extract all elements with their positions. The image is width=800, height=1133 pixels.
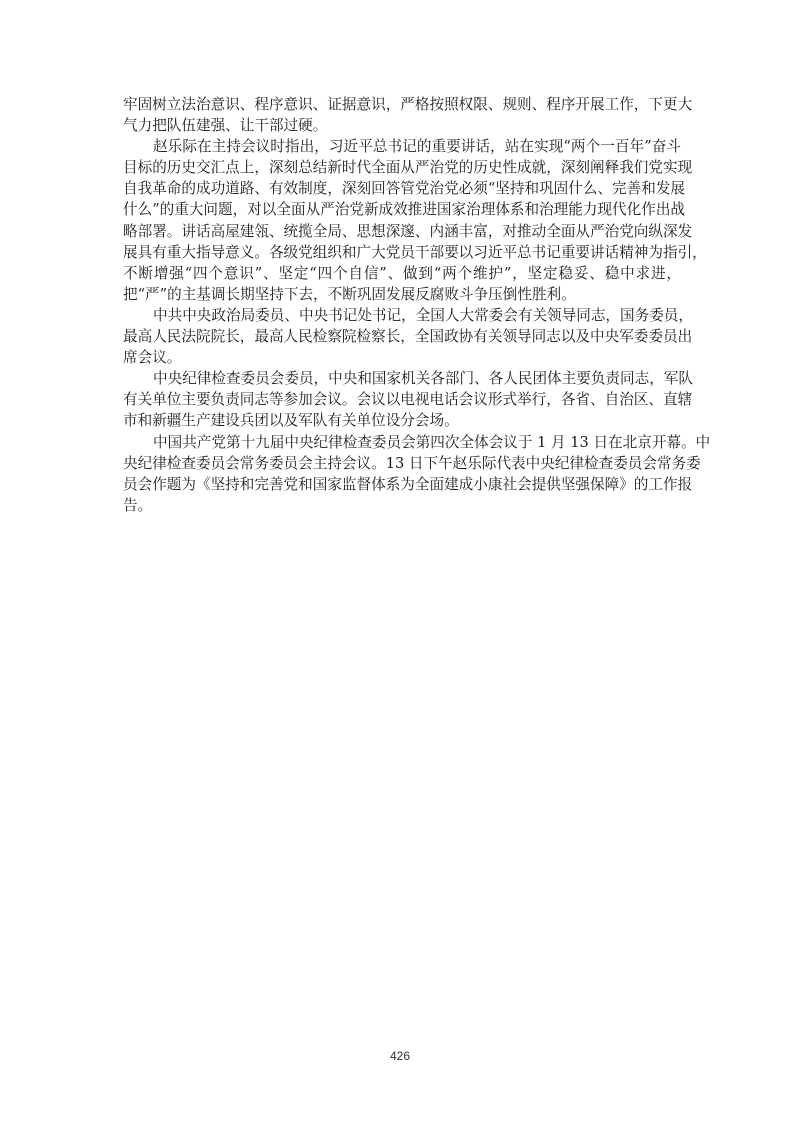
text-line: 中国共产党第十九届中央纪律检查委员会第四次全体会议于 1 月 13 日在北京开幕… <box>123 432 681 453</box>
paragraph-3: 中共中央政治局委员、中央书记处书记，全国人大常委会有关领导同志，国务委员， 最高… <box>123 305 681 368</box>
text-line: 自我革命的成功道路、有效制度，深刻回答管党治党必须“坚持和巩固什么、完善和发展 <box>123 178 681 199</box>
text-line: 市和新疆生产建设兵团以及军队有关单位设分会场。 <box>123 410 681 431</box>
text-line: 告。 <box>123 495 681 516</box>
text-line: 牢固树立法治意识、程序意识、证据意识，严格按照权限、规则、程序开展工作，下更大 <box>123 94 681 115</box>
text-line: 席会议。 <box>123 347 681 368</box>
text-line: 有关单位主要负责同志等参加会议。会议以电视电话会议形式举行，各省、自治区、直辖 <box>123 389 681 410</box>
text-line: 把“严”的主基调长期坚持下去，不断巩固发展反腐败斗争压倒性胜利。 <box>123 284 681 305</box>
paragraph-2: 赵乐际在主持会议时指出，习近平总书记的重要讲话，站在实现“两个一百年”奋斗 目标… <box>123 136 681 305</box>
paragraph-5: 中国共产党第十九届中央纪律检查委员会第四次全体会议于 1 月 13 日在北京开幕… <box>123 432 681 516</box>
document-page: 牢固树立法治意识、程序意识、证据意识，严格按照权限、规则、程序开展工作，下更大 … <box>0 0 800 1133</box>
text-line: 展具有重大指导意义。各级党组织和广大党员干部要以习近平总书记重要讲话精神为指引， <box>123 242 681 263</box>
paragraph-1: 牢固树立法治意识、程序意识、证据意识，严格按照权限、规则、程序开展工作，下更大 … <box>123 94 681 136</box>
text-line: 最高人民法院院长，最高人民检察院检察长，全国政协有关领导同志以及中央军委委员出 <box>123 326 681 347</box>
text-line: 中共中央政治局委员、中央书记处书记，全国人大常委会有关领导同志，国务委员， <box>123 305 681 326</box>
text-line: 央纪律检查委员会常务委员会主持会议。13 日下午赵乐际代表中央纪律检查委员会常务… <box>123 453 681 474</box>
text-line: 略部署。讲话高屋建瓴、统揽全局、思想深邃、内涵丰富，对推动全面从严治党向纵深发 <box>123 221 681 242</box>
text-line: 什么”的重大问题，对以全面从严治党新成效推进国家治理体系和治理能力现代化作出战 <box>123 199 681 220</box>
paragraph-4: 中央纪律检查委员会委员，中央和国家机关各部门、各人民团体主要负责同志，军队 有关… <box>123 368 681 431</box>
text-line: 目标的历史交汇点上，深刻总结新时代全面从严治党的历史性成就，深刻阐释我们党实现 <box>123 157 681 178</box>
text-line: 赵乐际在主持会议时指出，习近平总书记的重要讲话，站在实现“两个一百年”奋斗 <box>123 136 681 157</box>
text-line: 不断增强“四个意识”、坚定“四个自信”、做到“两个维护”，坚定稳妥、稳中求进， <box>123 263 681 284</box>
text-line: 员会作题为《坚持和完善党和国家监督体系为全面建成小康社会提供坚强保障》的工作报 <box>123 474 681 495</box>
body-text: 牢固树立法治意识、程序意识、证据意识，严格按照权限、规则、程序开展工作，下更大 … <box>123 94 681 516</box>
text-line: 气力把队伍建强、让干部过硬。 <box>123 115 681 136</box>
page-number: 426 <box>0 1049 800 1063</box>
text-line: 中央纪律检查委员会委员，中央和国家机关各部门、各人民团体主要负责同志，军队 <box>123 368 681 389</box>
